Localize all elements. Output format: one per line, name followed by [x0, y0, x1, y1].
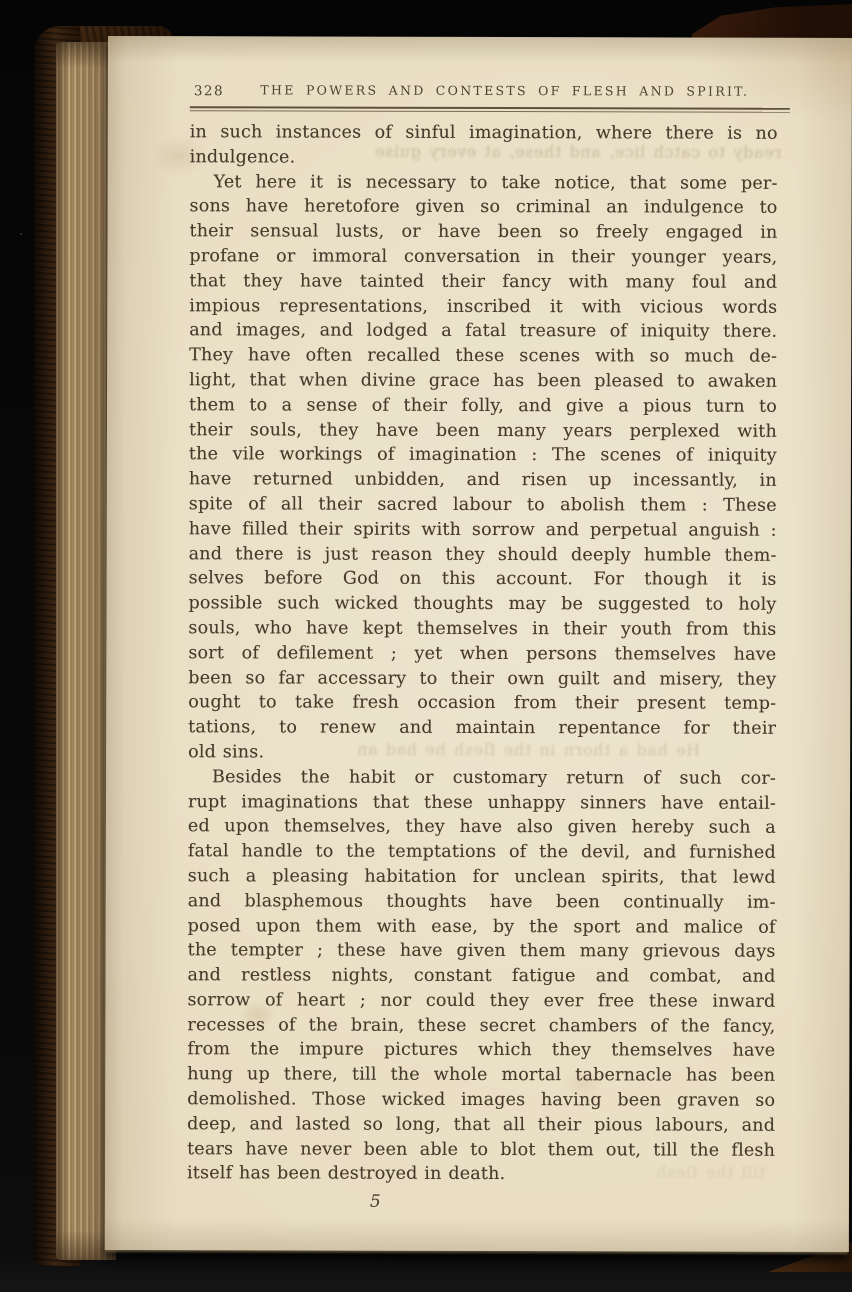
text-line: have returned unbidden, and risen up inc…	[189, 467, 777, 493]
bleed-through-text: He had a thorn in the flesh he had an	[296, 740, 700, 759]
text-line: them to a sense of their folly, and give…	[189, 393, 777, 419]
header-rule	[190, 106, 790, 113]
text-line: that they have tainted their fancy with …	[189, 269, 777, 295]
text-line: possible such wicked thoughts may be sug…	[188, 591, 776, 617]
text-line: and restless nights, constant fatigue an…	[188, 963, 776, 989]
text-line: They have often recalled these scenes wi…	[189, 343, 777, 369]
dust-speck	[20, 233, 22, 235]
text-line: and there is just reason they should dee…	[189, 542, 777, 568]
text-line: recesses of the brain, these secret cham…	[187, 1013, 775, 1039]
text-line: Besides the habit or customary return of…	[188, 765, 776, 791]
text-line: have filled their spirits with sorrow an…	[189, 517, 777, 543]
text-line: and images, and lodged a fatal treasure …	[189, 319, 777, 345]
text-line: ed upon themselves, they have also given…	[188, 815, 776, 841]
bleed-through-text: ready to catch lice, and these, at every…	[290, 142, 782, 161]
text-line: posed upon them with ease, by the sport …	[188, 914, 776, 940]
paragraph: Yet here it is necessary to take notice,…	[188, 170, 778, 767]
text-line: hung up there, till the whole mortal tab…	[187, 1062, 775, 1088]
text-line: profane or immoral conversation in their…	[189, 244, 777, 270]
running-title: THE POWERS AND CONTESTS OF FLESH AND SPI…	[190, 82, 790, 99]
text-line: tations, to renew and maintain repentanc…	[188, 715, 776, 741]
book-page: ready to catch lice, and these, at every…	[105, 36, 852, 1252]
bleed-through-text: till the flesh	[435, 1163, 765, 1182]
text-line: their sensual lusts, or have been so fre…	[189, 219, 777, 245]
text-line: their souls, they have been many years p…	[189, 418, 777, 444]
text-line: from the impure pictures which they them…	[187, 1038, 775, 1064]
text-line: souls, who have kept themselves in their…	[188, 616, 776, 642]
text-line: spite of all their sacred labour to abol…	[189, 492, 777, 518]
photo-backdrop: ready to catch lice, and these, at every…	[0, 0, 852, 1292]
text-line: Yet here it is necessary to take notice,…	[190, 170, 778, 196]
text-line: sort of defilement ; yet when persons th…	[188, 641, 776, 667]
page-number: 328	[194, 83, 224, 99]
text-line: ought to take fresh occasion from their …	[188, 691, 776, 717]
text-line: sorrow of heart ; nor could they ever fr…	[187, 988, 775, 1014]
text-line: selves before God on this account. For t…	[189, 567, 777, 593]
text-line: demolished. Those wicked images having b…	[187, 1087, 775, 1113]
text-line: rupt imaginations that these unhappy sin…	[188, 790, 776, 816]
text-line: light, that when divine grace has been p…	[189, 368, 777, 394]
text-line: deep, and lasted so long, that all their…	[187, 1112, 775, 1138]
text-line: tears have never been able to blot them …	[187, 1137, 775, 1163]
page-header: 328 THE POWERS AND CONTESTS OF FLESH AND…	[190, 82, 790, 102]
paragraph: Besides the habit or customary return of…	[187, 765, 776, 1188]
text-line: fatal handle to the temptations of the d…	[188, 839, 776, 865]
text-line: impious representations, inscribed it wi…	[189, 294, 777, 320]
signature-mark: 5	[370, 1192, 849, 1213]
text-line: been so far accessary to their own guilt…	[188, 666, 776, 692]
body-text: in such instances of sinful imagination,…	[187, 120, 778, 1188]
text-line: the tempter ; these have given them many…	[188, 939, 776, 965]
text-line: sons have heretofore given so criminal a…	[190, 195, 778, 221]
text-line: such a pleasing habitation for unclean s…	[188, 864, 776, 890]
text-line: the vile workings of imagination : The s…	[189, 443, 777, 469]
text-line: and blasphemous thoughts have been conti…	[188, 889, 776, 915]
